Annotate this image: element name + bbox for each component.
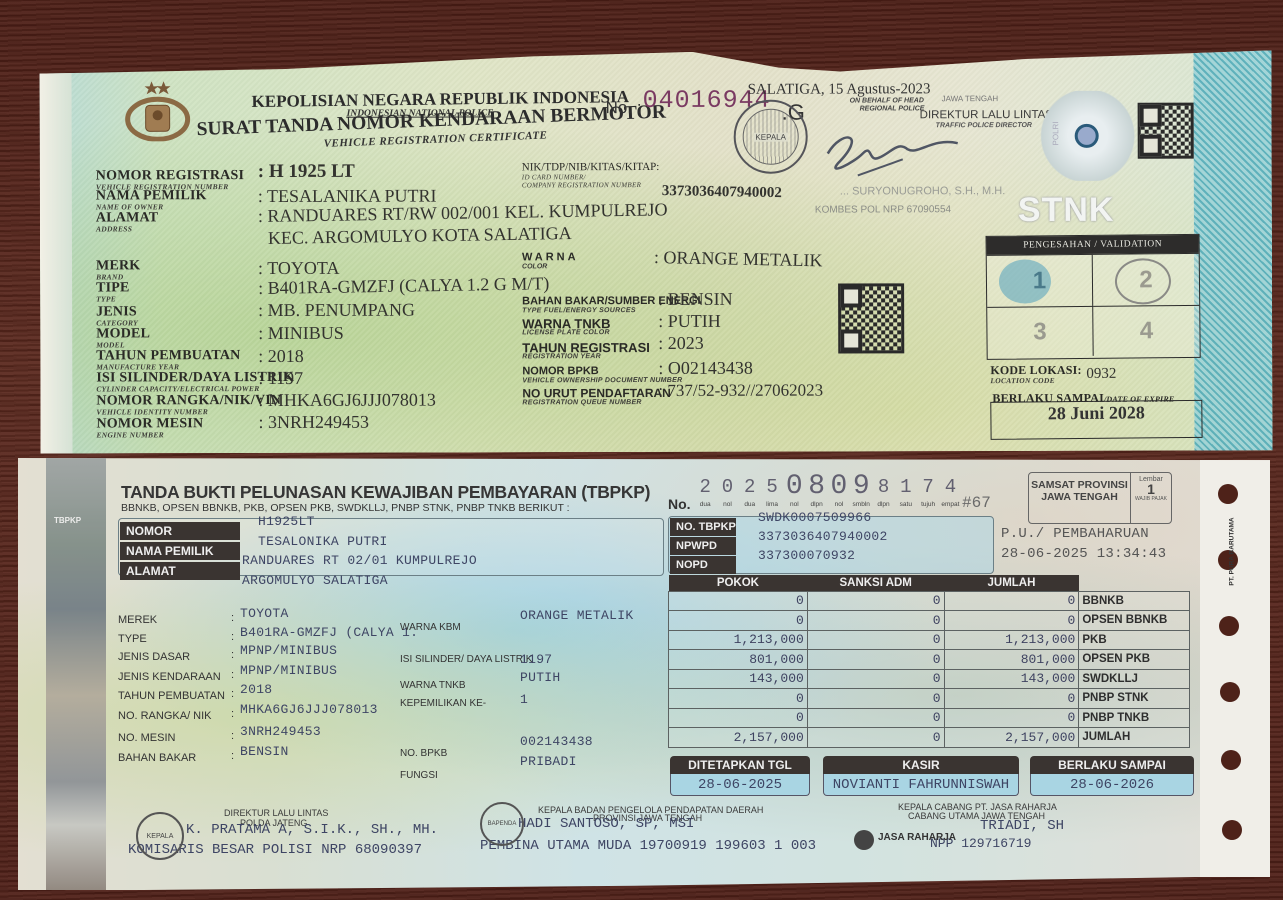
official-rank: KOMBES POL NRP 67090554 <box>815 204 951 215</box>
transaction-datetime: 28-06-2025 13:34:43 <box>1001 546 1166 562</box>
location-code: 0932 <box>1086 365 1116 383</box>
owner-label-name: NAMA PEMILIK <box>120 542 240 560</box>
vehicle-label: TAHUN PEMBUATAN <box>118 690 225 702</box>
samsat-line-1: SAMSAT PROVINSI <box>1029 479 1130 491</box>
fee-name: PKB <box>1079 630 1190 650</box>
vehicle-label: KEPEMILIKAN KE- <box>400 698 486 709</box>
vehicle-label: WARNA KBM <box>400 622 461 633</box>
vehicle-value: PRIBADI <box>520 754 577 769</box>
owner-name: : TESALANIKA PUTRI <box>258 187 437 205</box>
model: : MINIBUS <box>258 324 344 342</box>
fee-row: 000PNBP TNKB <box>669 708 1190 728</box>
serial-digit: 0nol <box>716 476 738 508</box>
colon: : <box>231 688 234 700</box>
expiry-box: 28 Juni 2028 <box>990 400 1202 440</box>
vehicle-label: WARNA TNKB <box>400 680 466 691</box>
fuel-type: : BENSIN <box>658 290 733 308</box>
vehicle-label: MEREK <box>118 614 157 626</box>
serial-digits: 2dua0nol2dua5lima0nol8dlpn0nol9smbln8dlp… <box>694 476 962 508</box>
plate-color: : PUTIH <box>658 312 721 330</box>
registration-number: : H 1925 LT <box>258 163 355 181</box>
signature-1-title: DIREKTUR LALU LINTAS <box>224 808 328 818</box>
colon: : <box>231 649 234 661</box>
field-label-plate-color: WARNA TNKBLICENSE PLATE COLOR <box>522 318 610 337</box>
vehicle-label: BAHAN BAKAR <box>118 752 196 764</box>
fee-header-penalty: SANKSI ADM <box>807 575 944 591</box>
owner-address-1: RANDUARES RT 02/01 KUMPULREJO <box>242 553 477 568</box>
serial-digit: 2dua <box>694 476 716 508</box>
signature-1-stamp-icon: KEPALA <box>136 812 184 860</box>
fee-name: SWDKLLJ <box>1079 669 1190 689</box>
tbpkp-receipt: TBPKP PT. PURA BARUTAMA TANDA BUKTI PELU… <box>18 458 1270 890</box>
field-label-registration-year: TAHUN REGISTRASIREGISTRATION YEAR <box>522 342 650 361</box>
province: JAWA TENGAH <box>942 94 999 103</box>
field-label-manufacture-year: TAHUN PEMBUATANMANUFACTURE YEAR <box>96 349 240 371</box>
vehicle-value: 002143438 <box>520 734 593 749</box>
field-label-vin: NOMOR RANGKA/NIK/VINVEHICLE IDENTITY NUM… <box>96 394 281 416</box>
fee-row: 000BBNKB <box>669 591 1190 611</box>
official-stamp-icon: KEPALA <box>734 100 808 174</box>
samsat-stamp: SAMSAT PROVINSI JAWA TENGAH Lembar 1 WAJ… <box>1028 472 1172 524</box>
owner-name: TESALONIKA PUTRI <box>258 534 388 549</box>
serial-digit: 9smbln <box>850 476 872 508</box>
vehicle-label: JENIS KENDARAAN <box>118 671 221 683</box>
vehicle-label: NO. RANGKA/ NIK <box>118 710 212 722</box>
valid-until-label: BERLAKU SAMPAI <box>1030 756 1194 774</box>
cashier-name: NOVIANTI FAHRUNNISWAH <box>823 774 1019 796</box>
jasa-raharja-logo-text: JASA RAHARJA <box>878 832 956 843</box>
field-label-category: JENISCATEGORY <box>96 305 138 327</box>
field-label-brand: MERKBRAND <box>96 259 140 281</box>
field-label-color: WARNACOLOR <box>522 252 579 271</box>
qr-code-icon <box>838 283 904 353</box>
serial-label: No. <box>668 496 691 512</box>
fee-row: 801,0000801,000OPSEN PKB <box>669 650 1190 670</box>
fee-row: 2,157,00002,157,000JUMLAH <box>669 728 1190 748</box>
nopd-number: 337300070932 <box>758 548 855 563</box>
fee-name: JUMLAH <box>1079 728 1190 748</box>
fee-name: PNBP TNKB <box>1079 708 1190 728</box>
vehicle-label: FUNGSI <box>400 770 438 781</box>
stnk-certificate: KEPOLISIAN NEGARA REPUBLIK INDONESIA IND… <box>39 50 1272 453</box>
category: : MB. PENUMPANG <box>258 301 415 319</box>
colon: : <box>231 708 234 720</box>
tbpkp-number-label: NO. TBPKP <box>670 518 736 536</box>
signature-2-stamp-icon: BAPENDA <box>480 802 524 846</box>
fee-table: POKOK SANKSI ADM JUMLAH 000BBNKB000OPSEN… <box>668 575 1190 748</box>
fee-name: BBNKB <box>1079 591 1190 611</box>
signature-2-rank: PEMBINA UTAMA MUDA 19700919 199603 1 003 <box>480 838 816 854</box>
serial-digit: 8dlpn <box>805 476 827 508</box>
vehicle-value: B401RA-GMZFJ (CALYA 1. <box>240 625 418 640</box>
on-behalf-text: ON BEHALF OF HEAD <box>850 97 924 104</box>
registration-year: : 2023 <box>658 334 704 352</box>
signature-2-name: HADI SANTOSO, SP, MSI <box>518 816 694 832</box>
colon: : <box>231 612 234 624</box>
validation-cell-4: 4 <box>1093 305 1199 356</box>
tbpkp-number: SWDK0007509966 <box>758 510 871 525</box>
receipt-subtitle: BBNKB, OPSEN BBNKB, PKB, OPSEN PKB, SWDK… <box>121 502 570 514</box>
official-name: ... SURYONUGROHO, S.H., M.H. <box>840 185 1005 197</box>
jasa-raharja-logo-icon <box>854 830 874 850</box>
vehicle-label: TYPE <box>118 633 147 645</box>
colon: : <box>231 631 234 643</box>
vehicle-label: NO. BPKB <box>400 748 447 759</box>
stamp-text: KEPALA <box>753 132 788 141</box>
validation-header: PENGESAHAN / VALIDATION <box>987 235 1199 255</box>
receipt-title: TANDA BUKTI PELUNASAN KEWAJIBAN PEMBAYAR… <box>121 482 650 503</box>
signature-1-name: K. PRATAMA A, S.I.K., SH., MH. <box>186 822 438 838</box>
colon: : <box>231 669 234 681</box>
vehicle-label: JENIS DASAR <box>118 651 190 663</box>
owner-label-registration: NOMOR REGISTRASI <box>120 522 240 540</box>
valid-until-date: 28-06-2026 <box>1030 774 1194 796</box>
vehicle-label: NO. MESIN <box>118 732 175 744</box>
fee-row: 000OPSEN BBNKB <box>669 611 1190 631</box>
hologram-emblem-icon: POLRI <box>1040 91 1136 181</box>
hologram-strip: TBPKP <box>46 458 106 890</box>
owner-registration: H1925LT <box>258 514 315 529</box>
fee-header-principal: POKOK <box>669 575 808 591</box>
fee-row: 143,0000143,000SWDKLLJ <box>669 669 1190 689</box>
field-label-queue: NO URUT PENDAFTARANREGISTRATION QUEUE NU… <box>522 388 670 407</box>
npwpd-number: 3373036407940002 <box>758 529 888 544</box>
id-card-label: NIK/TDP/NIB/KITAS/KITAP: ID CARD NUMBER/… <box>522 162 660 189</box>
vehicle-value: 2018 <box>240 682 272 697</box>
serial-digit: 1satu <box>895 476 917 508</box>
fee-header-total: JUMLAH <box>944 575 1079 591</box>
director-title: DIREKTUR LALU LINTAS <box>920 109 1053 121</box>
id-card-number: 3373036407940002 <box>662 182 782 202</box>
vehicle-value: ORANGE METALIK <box>520 608 633 623</box>
vehicle-type: : B401RA-GMZFJ (CALYA 1.2 G M/T) <box>258 274 549 297</box>
serial-digit: 5lima <box>761 476 783 508</box>
printer-name: PT. PURA BARUTAMA <box>1229 517 1236 585</box>
vehicle-value: MHKA6GJ6JJJ078013 <box>240 702 378 717</box>
serial-digit: 0nol <box>828 476 850 508</box>
stnk-hologram-text: STNK <box>1018 191 1115 230</box>
fee-row: 1,213,00001,213,000PKB <box>669 630 1190 650</box>
hologram-strip-text: TBPKP <box>54 516 106 525</box>
sheet-number: 1 <box>1131 483 1171 496</box>
vehicle-label: ISI SILINDER/ DAYA LISTRIK <box>400 654 532 665</box>
serial-digit: 8dlpn <box>872 476 894 508</box>
transaction-type: P.U./ PEMBAHARUAN <box>1001 526 1149 542</box>
address-line-2: KEC. ARGOMULYO KOTA SALATIGA <box>268 224 572 247</box>
field-label-owner: NAMA PEMILIKNAME OF OWNER <box>96 189 207 211</box>
vin-number: : MHKA6GJ6JJJ078013 <box>258 391 436 409</box>
certificate-number-label: No. : <box>606 98 642 118</box>
fee-name: OPSEN BBNKB <box>1079 611 1190 631</box>
expiry-date: 28 Juni 2028 <box>991 402 1201 425</box>
security-pattern-strip <box>1193 50 1272 450</box>
signature-icon <box>808 123 988 183</box>
cashier-label: KASIR <box>823 756 1019 774</box>
samsat-line-2: JAWA TENGAH <box>1029 491 1130 503</box>
validation-cell-2: 2 <box>1093 253 1199 306</box>
issue-place-date: SALATIGA, 15 Agustus-2023 <box>748 81 931 98</box>
bpkb-number: : O02143438 <box>658 359 753 377</box>
perforated-edge: PT. PURA BARUTAMA <box>1200 458 1270 890</box>
serial-digit: 7tujuh <box>917 476 939 508</box>
colon: : <box>231 730 234 742</box>
vehicle-color: : ORANGE METALIK <box>654 248 823 269</box>
nopd-label: NOPD <box>670 556 736 574</box>
fee-row: 000PNBP STNK <box>669 689 1190 709</box>
manufacture-year: : 2018 <box>258 347 304 365</box>
vehicle-value: TOYOTA <box>240 606 289 621</box>
vehicle-value: PUTIH <box>520 670 561 685</box>
assessed-date: 28-06-2025 <box>670 774 810 796</box>
fee-name: OPSEN PKB <box>1079 650 1190 670</box>
police-emblem-icon <box>122 79 194 141</box>
vehicle-value: MPNP/MINIBUS <box>240 663 337 678</box>
cylinder-capacity: : 1197 <box>258 369 303 387</box>
qr-code-top-icon <box>1138 103 1194 159</box>
sheet-sub: WAJIB PAJAK <box>1131 496 1171 502</box>
vehicle-value: 3NRH249453 <box>240 724 321 739</box>
field-label-engine: NOMOR MESINENGINE NUMBER <box>96 417 203 439</box>
vehicle-value: BENSIN <box>240 744 289 759</box>
serial-digit: 2dua <box>739 476 761 508</box>
brand: : TOYOTA <box>258 259 339 277</box>
field-label-model: MODELMODEL <box>96 327 150 349</box>
signature-3-name: TRIADI, SH <box>980 818 1064 834</box>
fee-name: PNBP STNK <box>1079 689 1190 709</box>
location-code-label: KODE LOKASI:LOCATION CODE <box>990 363 1081 385</box>
vehicle-value: 1197 <box>520 652 552 667</box>
validation-cell-3: 3 <box>987 306 1093 357</box>
owner-address-2: ARGOMULYO SALATIGA <box>242 573 388 588</box>
on-behalf-text-2: REGIONAL POLICE <box>860 105 925 112</box>
queue-number: : 737/52-932//27062023 <box>658 382 823 400</box>
field-label-type: TIPETYPE <box>96 281 130 303</box>
field-label-address: ALAMATADDRESS <box>96 211 158 233</box>
npwpd-label: NPWPD <box>670 537 736 555</box>
serial-digit: 4empat <box>939 476 961 508</box>
left-border <box>39 54 72 454</box>
assessed-date-label: DITETAPKAN TGL <box>670 756 810 774</box>
engine-number: : 3NRH249453 <box>258 413 369 431</box>
serial-digit: 0nol <box>783 476 805 508</box>
serial-suffix: #67 <box>962 494 991 512</box>
vehicle-value: 1 <box>520 692 528 707</box>
validation-cell-1: 1 <box>987 254 1093 307</box>
owner-label-address: ALAMAT <box>120 562 240 580</box>
hologram-side-text: POLRI <box>1051 121 1060 145</box>
vehicle-value: MPNP/MINIBUS <box>240 643 337 658</box>
validation-table: PENGESAHAN / VALIDATION 1 2 3 4 <box>986 234 1201 360</box>
colon: : <box>231 750 234 762</box>
